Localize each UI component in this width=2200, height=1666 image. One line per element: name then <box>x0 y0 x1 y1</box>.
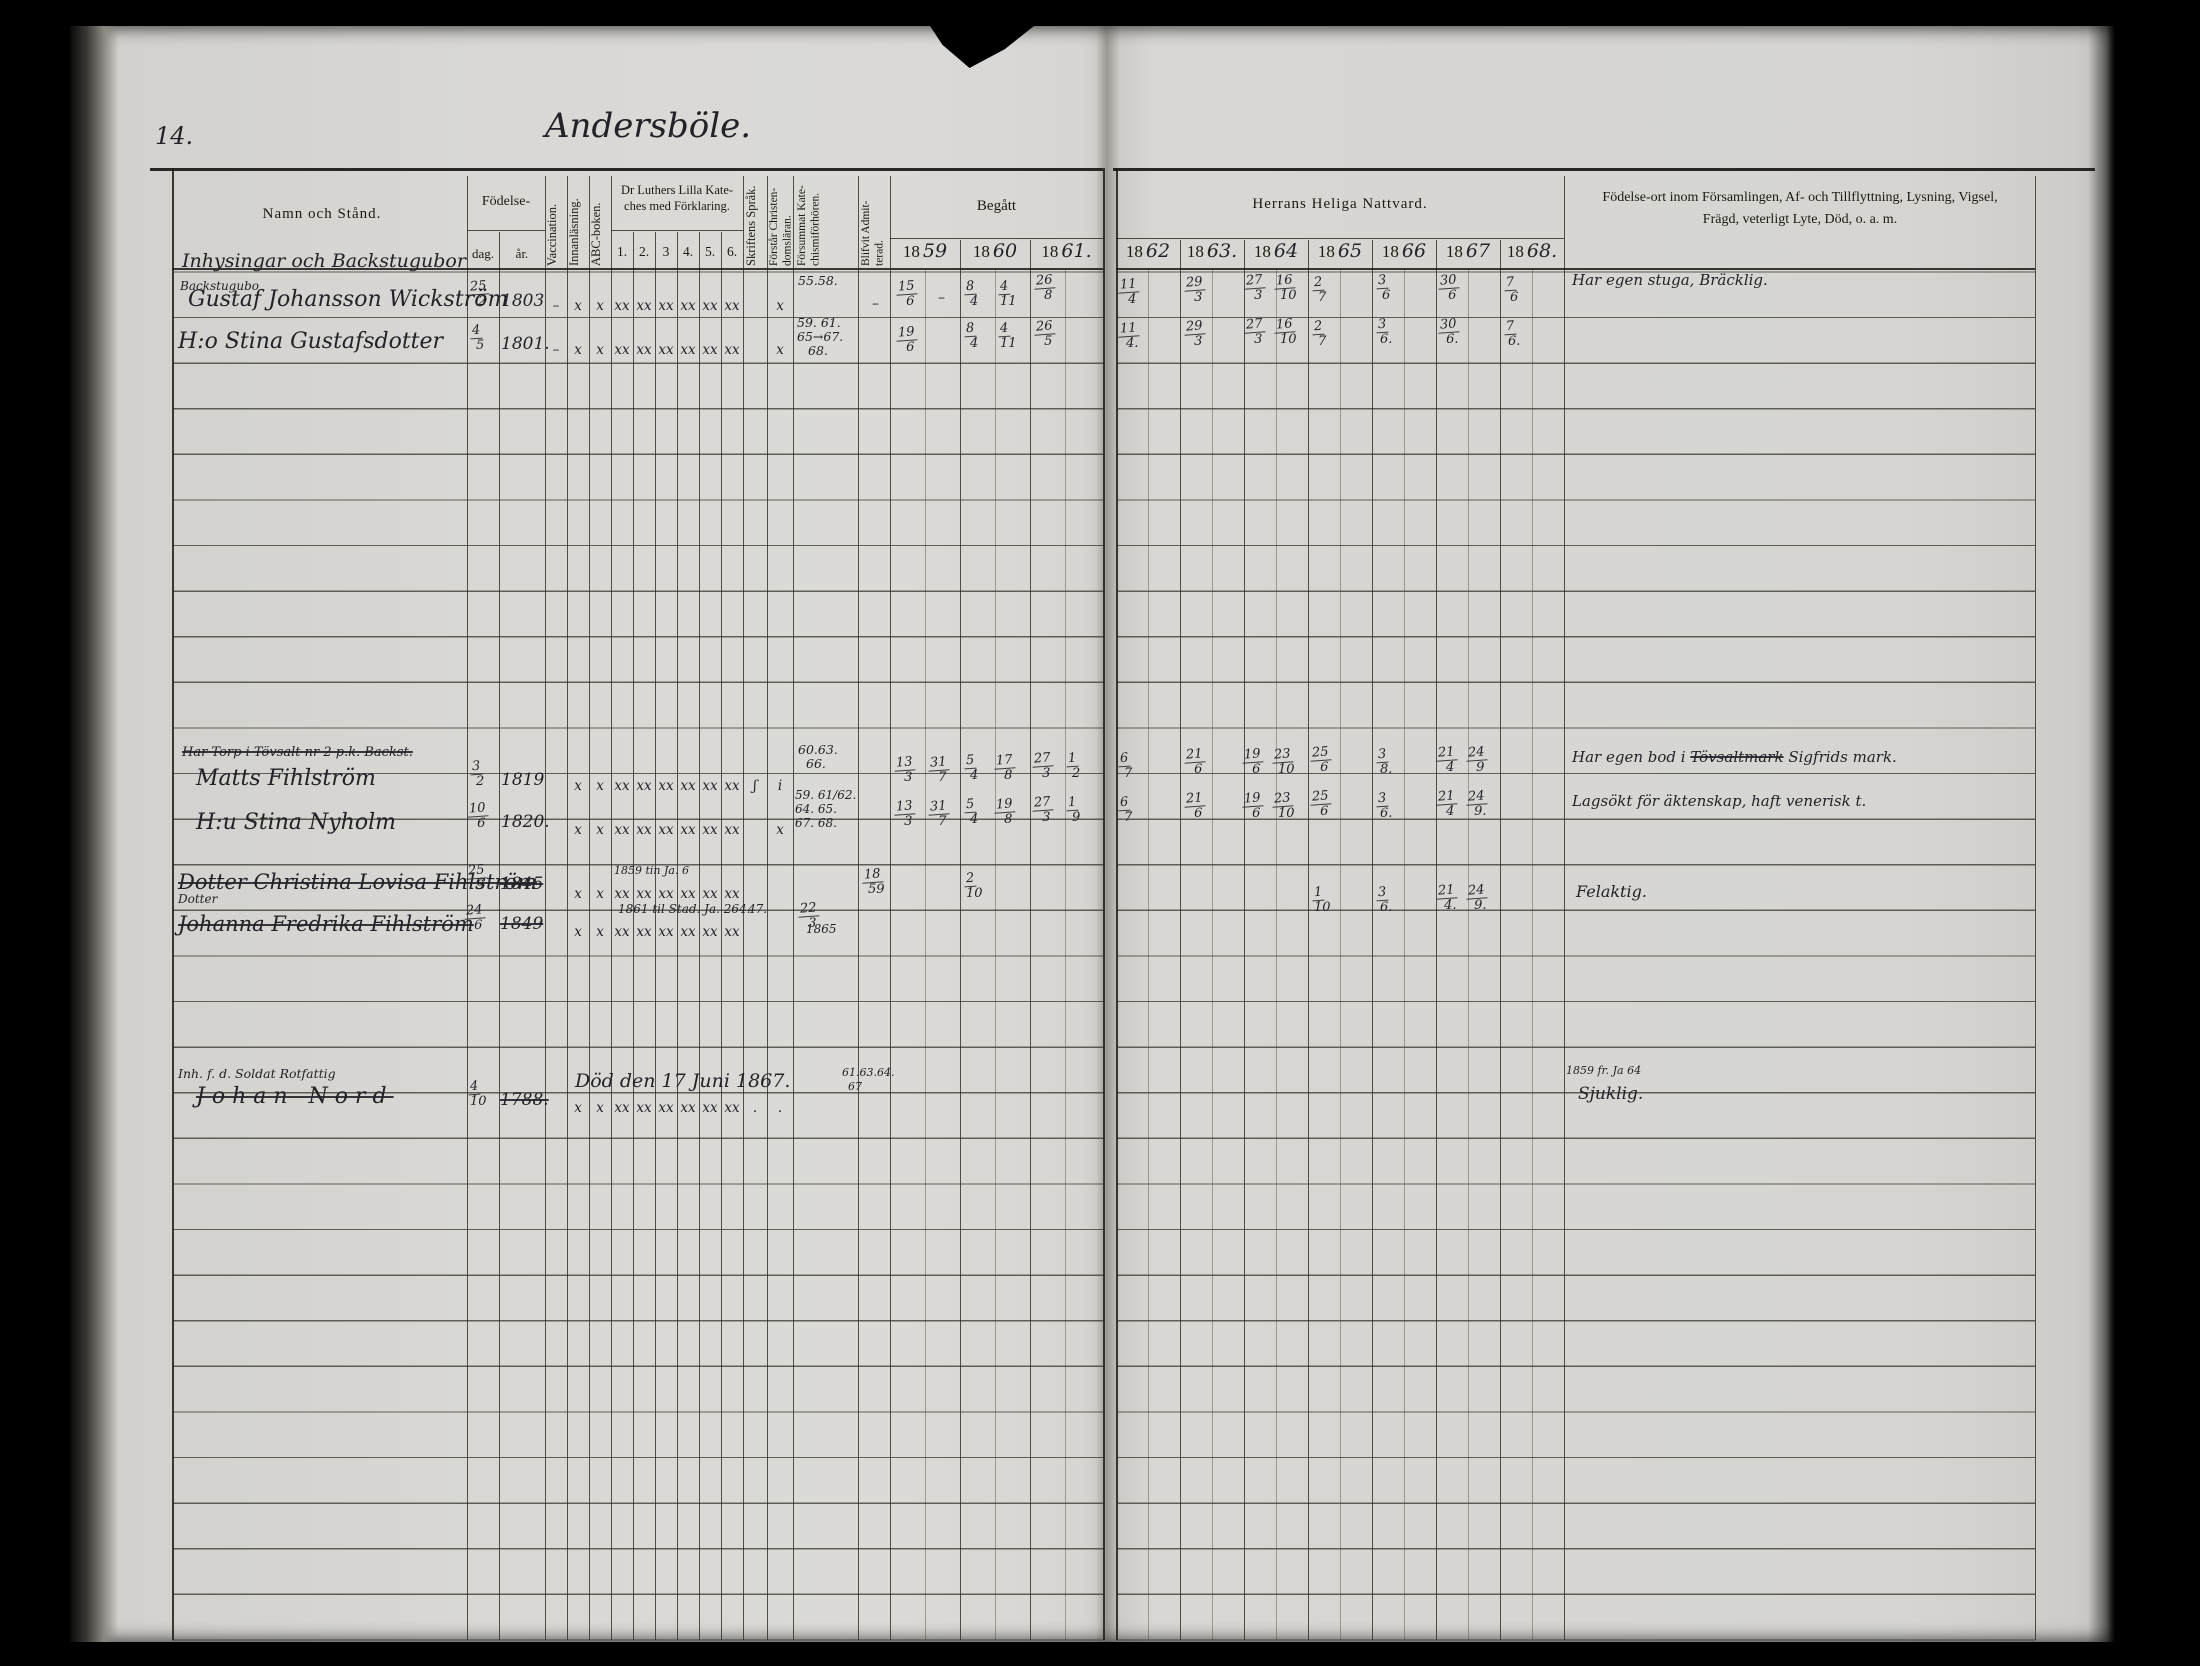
col-header-notes-line1: Födelse-ort inom Församlingen, Af- och T… <box>1572 190 2028 206</box>
year-print: 18 <box>1187 242 1204 262</box>
mark-katekes-5: xx <box>699 342 721 358</box>
nattvard-1864-2: 1610 <box>1276 318 1297 347</box>
nattvard-1864-2: 1610 <box>1276 274 1297 303</box>
col-header-katekes-line1: Dr Luthers Lilla Kate- <box>611 183 743 198</box>
begatt-1861-date-2: 19 <box>1068 796 1080 825</box>
year-print: 18 <box>1041 242 1058 262</box>
mark-abc: x <box>589 1100 611 1116</box>
birth-day: 45 <box>472 324 484 353</box>
admit-dash: – <box>872 296 879 312</box>
person-name: H:o Stina Gustafsdotter <box>178 329 443 354</box>
birth-day: 252 <box>470 280 491 309</box>
mark-vaccination <box>545 1100 567 1116</box>
mark-katekes-6: xx <box>721 342 743 358</box>
remarks-note: Har egen stuga, Bräcklig. <box>1572 271 1768 289</box>
mark-katekes-3: xx <box>655 342 677 358</box>
nattvard-1866: 36. <box>1378 318 1390 347</box>
mark-katekes-1: xx <box>611 298 633 314</box>
begatt-1859-dash: – <box>938 290 945 306</box>
exam-marks-row: xxxxxxxxxxxxxxʃi <box>545 778 793 794</box>
begatt-1861-date-2: 12 <box>1068 752 1080 781</box>
col-header-katekes-2: 2. <box>633 244 655 260</box>
nattvard-1863: 216 <box>1186 792 1207 821</box>
col-header-blifvit-admitterad: Blifvit Admit- terad. <box>860 180 888 266</box>
nattvard-1866: 36 <box>1378 274 1390 303</box>
forsummat-years-1: 61.63.64. <box>842 1066 894 1079</box>
nattvard-1865: 27 <box>1314 276 1326 305</box>
forsummat-years-2: 67 <box>848 1080 862 1093</box>
mark-katekes-4: xx <box>677 778 699 794</box>
birth-day: 259 <box>468 864 489 893</box>
year-handwritten: 64 <box>1274 240 1298 262</box>
grid-line <box>1103 168 1105 1640</box>
page-title: Andersböle. <box>545 106 751 146</box>
nattvard-1864-2: 2310 <box>1274 792 1295 821</box>
mark-katekes-5: xx <box>699 924 721 940</box>
col-header-katekes-1: 1. <box>611 244 633 260</box>
mark-forstar: x <box>767 822 793 838</box>
mark-katekes-6: xx <box>721 778 743 794</box>
col-header-herrans-heliga-nattvard: Herrans Heliga Nattvard. <box>1116 196 1564 213</box>
col-header-begatt: Begått <box>890 198 1103 215</box>
forsummat-year: 1865 <box>806 922 837 936</box>
col-header-dag: dag. <box>467 246 499 262</box>
remarks-part: Sigfrids mark. <box>1784 748 1897 766</box>
birth-year: 1845 <box>500 874 543 894</box>
exam-marks-row: xxxxxxxxxxxxxx <box>545 924 793 940</box>
mark-innanlasning: x <box>567 822 589 838</box>
grid-line <box>2035 176 2036 1640</box>
mark-forstar <box>767 924 793 940</box>
mark-skrift <box>743 886 767 902</box>
forsummat-years: 55.58. <box>798 273 838 288</box>
group-heading: Inhysingar och Backstugubor <box>182 250 466 272</box>
nattvard-1868: 76 <box>1506 276 1518 305</box>
mark-katekes-1: xx <box>611 778 633 794</box>
col-header-abc-boken: ABC-boken. <box>589 180 611 266</box>
row-lines-right <box>1116 227 2035 1641</box>
nattvard-1862: 114. <box>1120 322 1141 351</box>
birth-day: 106 <box>469 802 490 831</box>
mark-katekes-3: xx <box>655 924 677 940</box>
person-name: Johanna Fredrika Fihlström <box>178 912 474 936</box>
begatt-1861-date-1: 273 <box>1034 752 1055 781</box>
col-header-katekes-5: 5. <box>699 244 721 260</box>
forsummat-years-1: 59. 61. <box>797 315 841 330</box>
top-rule-right <box>1113 168 2095 171</box>
begatt-1860-date-1: 54 <box>966 798 978 827</box>
mark-vaccination: – <box>545 342 567 358</box>
begatt-1860-date-2: 178 <box>996 754 1017 783</box>
nattvard-1866: 38. <box>1378 748 1390 777</box>
group-heading: Inh. f. d. Soldat Rotfattig <box>178 1066 336 1081</box>
mark-forstar: . <box>767 1100 793 1116</box>
mark-vaccination <box>545 778 567 794</box>
begatt-1860-date: 210 <box>964 872 981 901</box>
mark-vaccination <box>545 822 567 838</box>
nattvard-1867: 306. <box>1440 318 1461 347</box>
nattvard-1863: 216 <box>1186 748 1207 777</box>
birth-year: 1788. <box>500 1090 549 1110</box>
remarks-note: Har egen bod i Tövsaltmark Sigfrids mark… <box>1572 748 1897 766</box>
mark-katekes-6: xx <box>721 886 743 902</box>
mark-katekes-2: xx <box>633 778 655 794</box>
year-header-1860: 1860 <box>960 240 1030 266</box>
year-print: 18 <box>1382 242 1399 262</box>
year-print: 18 <box>1446 242 1463 262</box>
begatt-1860-date-1: 54 <box>966 754 978 783</box>
year-print: 18 <box>1254 242 1271 262</box>
mark-katekes-1: xx <box>611 1100 633 1116</box>
mark-katekes-1: xx <box>611 822 633 838</box>
begatt-1861-date-1: 273 <box>1034 796 1055 825</box>
begatt-1861-date: 265 <box>1036 320 1057 349</box>
year-handwritten: 68. <box>1527 240 1557 262</box>
exam-marks-row: xxxxxxxxxxxxxx.. <box>545 1100 793 1116</box>
remarks-struck-part: Tövsaltmark <box>1690 748 1783 766</box>
remarks-note: Lagsökt för äktenskap, haft venerisk t. <box>1572 792 1866 810</box>
begatt-1859-date: 156 <box>898 280 919 309</box>
mark-katekes-4: xx <box>677 298 699 314</box>
remarks-note: Sjuklig. <box>1578 1084 1643 1104</box>
year-print: 18 <box>1318 242 1335 262</box>
col-header-forstar-christendomslaran: Förstår Christen- domsläran. <box>768 180 793 266</box>
forsummat-years-1: 59. 61/62. <box>795 788 856 802</box>
mark-skrift: . <box>743 1100 767 1116</box>
mark-vaccination: – <box>545 298 567 314</box>
year-handwritten: 59 <box>923 240 947 262</box>
nattvard-1862: 67 <box>1120 796 1132 825</box>
col-header-skriftens-sprak: Skriftens Språk. <box>744 180 767 266</box>
year-header-1863: 1863. <box>1180 240 1244 266</box>
remarks-note: Felaktig. <box>1576 882 1647 901</box>
mark-katekes-2: xx <box>633 342 655 358</box>
col-header-vaccination: Vaccination. <box>545 180 567 266</box>
mark-katekes-6: xx <box>721 1100 743 1116</box>
begatt-1861-date: 268 <box>1036 274 1057 303</box>
mark-skrift <box>743 924 767 940</box>
year-header-1859: 1859 <box>890 240 960 266</box>
birth-year: 1849 <box>500 914 543 934</box>
mark-innanlasning: x <box>567 1100 589 1116</box>
group-heading: Har Torp i Tövsalt nr 2 p.k. Backst. <box>182 745 413 760</box>
mark-katekes-5: xx <box>699 822 721 838</box>
col-header-fodelse: Födelse- <box>467 194 545 210</box>
remarks-note-small: 1859 fr. Ja 64 <box>1566 1064 1641 1077</box>
page-number: 14. <box>155 122 193 150</box>
mark-vaccination <box>545 924 567 940</box>
mark-katekes-2: xx <box>633 822 655 838</box>
year-header-1868: 1868. <box>1500 240 1564 266</box>
mark-katekes-3: xx <box>655 886 677 902</box>
mark-katekes-4: xx <box>677 1100 699 1116</box>
mark-forstar <box>767 886 793 902</box>
col-header-katekes-6: 6. <box>721 244 743 260</box>
nattvard-1867-1: 214. <box>1438 884 1459 913</box>
forsummat-years-1: 60.63. <box>798 742 838 757</box>
nattvard-1864-1: 196 <box>1244 748 1265 777</box>
mark-katekes-5: xx <box>699 298 721 314</box>
begatt-1860-date-1: 84 <box>966 280 978 309</box>
mark-innanlasning: x <box>567 886 589 902</box>
year-print: 18 <box>903 242 920 262</box>
torn-page-edge <box>70 26 118 1642</box>
mark-forstar: x <box>767 342 793 358</box>
mark-skrift <box>743 822 767 838</box>
year-handwritten: 61. <box>1061 240 1091 262</box>
nattvard-1863: 293 <box>1186 320 1207 349</box>
remarks-part: Har egen bod i <box>1572 748 1690 766</box>
mark-forstar: x <box>767 298 793 314</box>
relation-label: Dotter <box>178 892 217 906</box>
mark-katekes-5: xx <box>699 778 721 794</box>
nattvard-1867-2: 249. <box>1468 790 1489 819</box>
mark-katekes-4: xx <box>677 822 699 838</box>
exam-marks-row: –xxxxxxxxxxxxxxx <box>545 298 793 314</box>
mark-katekes-1: xx <box>611 924 633 940</box>
death-note: Död den 17 Juni 1867. <box>575 1070 790 1092</box>
year-print: 18 <box>1126 242 1143 262</box>
mark-katekes-3: xx <box>655 1100 677 1116</box>
mark-katekes-5: xx <box>699 886 721 902</box>
col-header-forsummat-katechismiforhoren: Försummat Kate- chismiförhören. <box>796 180 856 266</box>
mark-abc: x <box>589 886 611 902</box>
nattvard-1865: 27 <box>1314 320 1326 349</box>
katekes-annotation: 1861 til Stad. Ja. 264. <box>618 902 751 916</box>
year-header-1866: 1866 <box>1372 240 1436 266</box>
mark-katekes-1: xx <box>611 886 633 902</box>
nattvard-1864-2: 2310 <box>1274 748 1295 777</box>
birth-day: 32 <box>472 760 484 789</box>
nattvard-1867: 306 <box>1440 274 1461 303</box>
year-header-1865: 1865 <box>1308 240 1372 266</box>
mark-abc: x <box>589 778 611 794</box>
mark-skrift <box>743 298 767 314</box>
col-header-notes-line2: Frägd, veterligt Lyte, Död, o. a. m. <box>1572 212 2028 228</box>
mark-katekes-2: xx <box>633 298 655 314</box>
person-name: H:u Stina Nyholm <box>196 810 396 835</box>
begatt-1859-date: 196 <box>898 326 919 355</box>
year-handwritten: 63. <box>1207 240 1237 262</box>
mark-abc: x <box>589 924 611 940</box>
col-header-katekes-3: 3 <box>655 244 677 260</box>
col-header-katekes-4: 4. <box>677 244 699 260</box>
nattvard-1862: 114 <box>1120 278 1141 307</box>
begatt-1860-date-2: 198 <box>996 798 1017 827</box>
mark-skrift: ʃ <box>743 778 767 794</box>
mark-katekes-3: xx <box>655 822 677 838</box>
mark-katekes-4: xx <box>677 924 699 940</box>
begatt-1860-date-1: 84 <box>966 322 978 351</box>
col-header-namn: Namn och Stånd. <box>182 206 462 223</box>
skrift-annotation: 47. <box>748 902 767 916</box>
birth-year: 1820. <box>501 812 550 832</box>
year-print: 18 <box>973 242 990 262</box>
nattvard-1864-1: 273 <box>1246 274 1267 303</box>
nattvard-1864-1: 273 <box>1246 318 1267 347</box>
exam-marks-row: xxxxxxxxxxxxxxx <box>545 822 793 838</box>
page-right-edge <box>2088 26 2115 1642</box>
mark-katekes-1: xx <box>611 342 633 358</box>
year-header-1862: 1862 <box>1116 240 1180 266</box>
birth-year: 1819 <box>501 770 544 790</box>
nattvard-1868: 76. <box>1506 320 1518 349</box>
col-header-ar: år. <box>499 246 545 262</box>
nattvard-1862: 67 <box>1120 752 1132 781</box>
begatt-1859-date-1: 133 <box>896 800 917 829</box>
birth-year: 1801. <box>501 334 550 354</box>
mark-katekes-6: xx <box>721 822 743 838</box>
nattvard-1867-1: 214 <box>1438 790 1459 819</box>
year-handwritten: 62 <box>1146 240 1170 262</box>
year-handwritten: 65 <box>1338 240 1362 262</box>
nattvard-1867-2: 249. <box>1468 884 1489 913</box>
mark-abc: x <box>589 822 611 838</box>
begatt-1859-date-1: 133 <box>896 756 917 785</box>
forsummat-years-2: 65→67. <box>797 329 843 344</box>
mark-katekes-3: xx <box>655 298 677 314</box>
mark-katekes-5: xx <box>699 1100 721 1116</box>
forsummat-years-2: 64. 65. <box>795 802 837 816</box>
person-name: Johan Nord <box>196 1084 394 1109</box>
nattvard-1865: 256 <box>1312 746 1333 775</box>
forsummat-years-3: 68. <box>808 343 828 358</box>
exam-marks-row: –xxxxxxxxxxxxxxx <box>545 342 793 358</box>
begatt-1859-date-2: 317 <box>930 756 951 785</box>
person-name: Matts Fihlström <box>196 766 376 791</box>
forsummat-years-3: 67. 68. <box>795 816 837 830</box>
year-print: 18 <box>1507 242 1524 262</box>
nattvard-1863: 293 <box>1186 276 1207 305</box>
mark-innanlasning: x <box>567 778 589 794</box>
nattvard-1867-1: 214 <box>1438 746 1459 775</box>
mark-katekes-6: xx <box>721 298 743 314</box>
mark-katekes-4: xx <box>677 886 699 902</box>
nattvard-1865: 110 <box>1312 886 1329 915</box>
col-header-innanlasning: Innanläsning. <box>567 180 589 266</box>
year-header-1864: 1864 <box>1244 240 1308 266</box>
birth-day: 246 <box>466 904 487 933</box>
year-header-1861: 1861. <box>1030 240 1103 266</box>
mark-skrift <box>743 342 767 358</box>
mark-katekes-2: xx <box>633 1100 655 1116</box>
mark-katekes-4: xx <box>677 342 699 358</box>
year-handwritten: 66 <box>1402 240 1426 262</box>
col-header-katekes-line2: ches med Förklaring. <box>611 199 743 214</box>
nattvard-1866: 36. <box>1378 886 1390 915</box>
nattvard-1865: 256 <box>1312 790 1333 819</box>
top-rule-left <box>150 168 1103 171</box>
mark-katekes-3: xx <box>655 778 677 794</box>
forsummat-years-2: 66. <box>806 756 826 771</box>
mark-innanlasning: x <box>567 342 589 358</box>
admit-year: 1859 <box>864 868 885 897</box>
katekes-annotation: 1859 tin Ja. 6 <box>614 864 689 877</box>
mark-vaccination <box>545 886 567 902</box>
begatt-1860-date-2: 411 <box>998 322 1015 351</box>
mark-katekes-2: xx <box>633 924 655 940</box>
nattvard-1864-1: 196 <box>1244 792 1265 821</box>
begatt-1859-date-2: 317 <box>930 800 951 829</box>
begatt-1860-date-2: 411 <box>998 280 1015 309</box>
mark-innanlasning: x <box>567 298 589 314</box>
exam-marks-row: xxxxxxxxxxxxxx <box>545 886 793 902</box>
mark-innanlasning: x <box>567 924 589 940</box>
mark-katekes-6: xx <box>721 924 743 940</box>
mark-katekes-2: xx <box>633 886 655 902</box>
mark-abc: x <box>589 342 611 358</box>
mark-abc: x <box>589 298 611 314</box>
nattvard-1867-2: 249 <box>1468 746 1489 775</box>
scanned-parish-register: { "page": {"number": "14.", "title": "An… <box>0 0 2200 1666</box>
nattvard-1866: 36. <box>1378 792 1390 821</box>
year-handwritten: 60 <box>993 240 1017 262</box>
year-handwritten: 67 <box>1466 240 1490 262</box>
birth-year: 1803 <box>501 291 544 311</box>
person-name: Gustaf Johansson Wickström <box>188 287 508 312</box>
mark-forstar: i <box>767 778 793 794</box>
year-header-1867: 1867 <box>1436 240 1500 266</box>
birth-day: 410 <box>468 1080 485 1109</box>
